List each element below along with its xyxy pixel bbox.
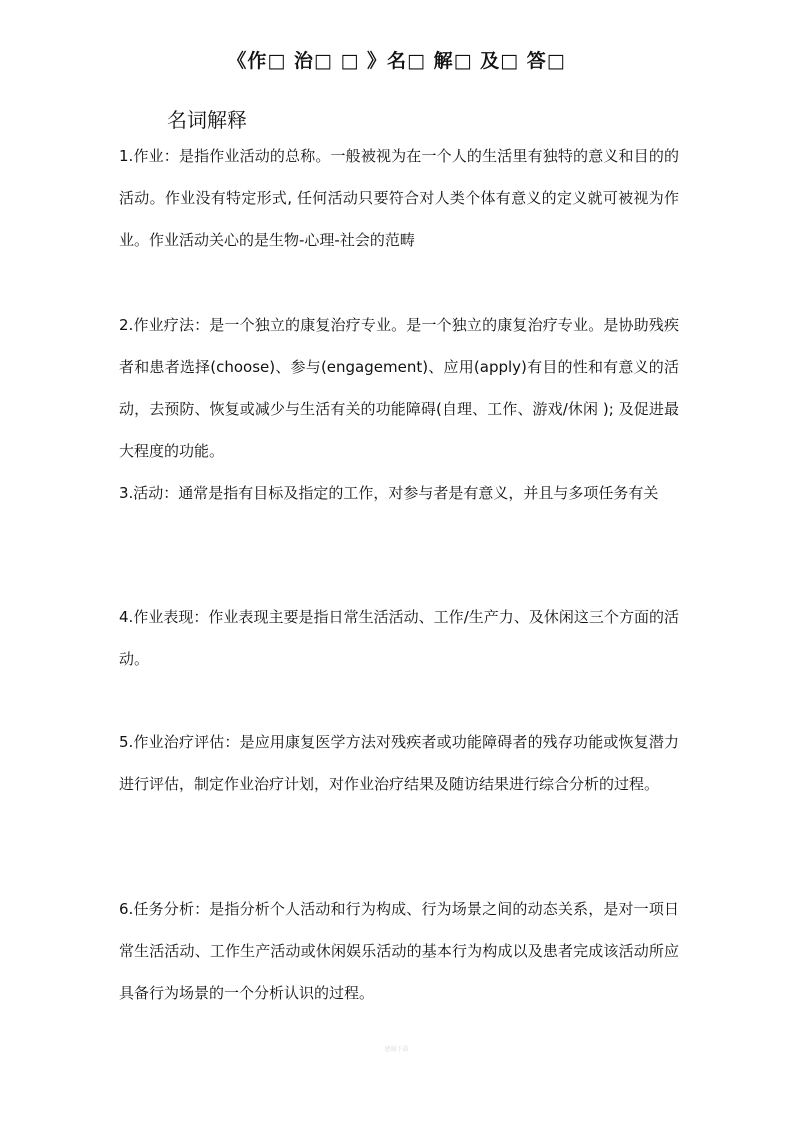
definition-2: 2.作业疗法：是一个独立的康复治疗专业。是一个独立的康复治疗专业。是协助残疾者和…	[119, 304, 679, 472]
definition-6: 6.任务分析：是指分析个人活动和行为构成、行为场景之间的动态关系，是对一项日常生…	[119, 888, 679, 1014]
definition-5: 5.作业治疗评估：是应用康复医学方法对残疾者或功能障碍者的残存功能或恢复潜力进行…	[119, 721, 679, 805]
definition-4: 4.作业表现：作业表现主要是指日常生活活动、工作/生产力、及休闲这三个方面的活动…	[119, 596, 679, 680]
definition-1: 1.作业：是指作业活动的总称。一般被视为在一个人的生活里有独特的意义和目的的活动…	[119, 135, 679, 261]
document-title: 《作□ 治□ □ 》名□ 解□ 及□ 答□	[0, 46, 793, 73]
section-heading: 名词解释	[167, 104, 247, 133]
footer-watermark: 感谢下载	[0, 1044, 793, 1053]
definition-3: 3.活动：通常是指有目标及指定的工作，对参与者是有意义，并且与多项任务有关	[119, 472, 679, 514]
